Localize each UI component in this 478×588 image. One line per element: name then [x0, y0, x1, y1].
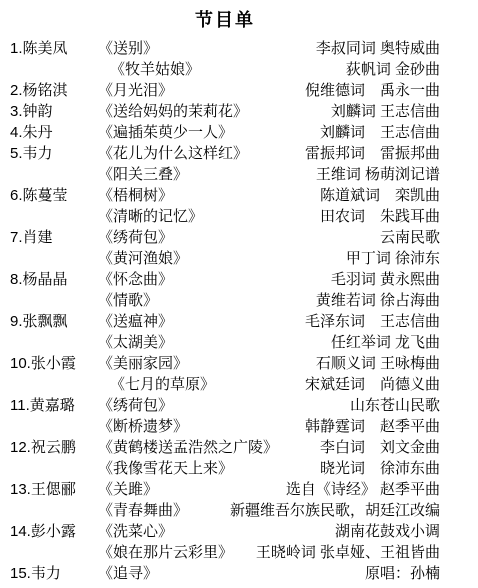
entry-number: 15. [10, 565, 31, 582]
credit-text: 任红举词 龙飞曲 [331, 332, 440, 353]
performer-name: 王偲郦 [31, 481, 76, 498]
credit-text: 刘麟词 王志信曲 [320, 122, 440, 143]
song-title: 《洗菜心》 [98, 521, 173, 542]
entry-number-name [10, 248, 98, 269]
performer-name: 韦力 [31, 565, 61, 582]
song-title: 《绣荷包》 [98, 395, 173, 416]
entry-number-name: 11.黄嘉璐 [10, 395, 98, 416]
program-row: 4.朱丹《遍插茱萸少一人》刘麟词 王志信曲 [10, 122, 440, 143]
song-title: 《送别》 [98, 38, 158, 59]
performer-name: 朱丹 [23, 124, 53, 141]
entry-number-name [10, 290, 98, 311]
program-row: 《黄河渔娘》甲丁词 徐沛东 [10, 248, 440, 269]
credit-text: 荻帆词 金砂曲 [346, 59, 440, 80]
entry-number-name [10, 416, 98, 437]
program-row: 《清晰的记忆》田农词 朱践耳曲 [10, 206, 440, 227]
program-row: 12.祝云鹏《黄鹤楼送孟浩然之广陵》李白词 刘文金曲 [10, 437, 440, 458]
program-page: 节目单 1.陈美凤《送别》李叔同词 奥特威曲《牧羊姑娘》荻帆词 金砂曲2.杨铭淇… [0, 0, 478, 588]
performer-name: 黄嘉璐 [30, 397, 75, 414]
entry-number-name: 12.祝云鹏 [10, 437, 98, 458]
credit-text: 黄维若词 徐占海曲 [316, 290, 440, 311]
song-title: 《美丽家园》 [98, 353, 188, 374]
credit-text: 毛泽东词 王志信曲 [305, 311, 440, 332]
credit-text: 选自《诗经》 赵季平曲 [286, 479, 440, 500]
program-row: 《情歌》黄维若词 徐占海曲 [10, 290, 440, 311]
song-title: 《我像雪花天上来》 [98, 458, 233, 479]
performer-name: 张小霞 [31, 355, 76, 372]
song-title: 《月光泪》 [98, 80, 173, 101]
entry-number-name: 7.肖建 [10, 227, 98, 248]
entry-number: 7. [10, 229, 23, 246]
song-title: 《绣荷包》 [98, 227, 173, 248]
program-row: 2.杨铭淇《月光泪》倪维德词 禹永一曲 [10, 80, 440, 101]
credit-text: 韩静霆词 赵季平曲 [305, 416, 440, 437]
credit-text: 新疆维吾尔族民歌，胡廷江改编 [230, 500, 440, 521]
program-row: 8.杨晶晶《怀念曲》毛羽词 黄永熙曲 [10, 269, 440, 290]
entry-number: 12. [10, 439, 31, 456]
entry-number: 11. [10, 397, 30, 414]
entry-number: 10. [10, 355, 31, 372]
entry-number: 9. [10, 313, 23, 330]
program-row: 《牧羊姑娘》荻帆词 金砂曲 [10, 59, 440, 80]
program-row: 15.韦力《追寻》原唱：孙楠 [10, 563, 440, 584]
entry-number: 3. [10, 103, 23, 120]
entry-number-name: 14.彭小露 [10, 521, 98, 542]
entry-number-name [10, 542, 98, 563]
program-row: 9.张飘飘《送瘟神》毛泽东词 王志信曲 [10, 311, 440, 332]
song-title: 《黄鹤楼送孟浩然之广陵》 [98, 437, 278, 458]
entry-number: 13. [10, 481, 31, 498]
song-title: 《娘在那片云彩里》 [98, 542, 233, 563]
entry-number: 5. [10, 145, 23, 162]
credit-text: 原唱：孙楠 [365, 563, 440, 584]
entry-number-name [10, 374, 98, 395]
credit-text: 李叔同词 奥特威曲 [316, 38, 440, 59]
song-title: 《断桥遗梦》 [98, 416, 188, 437]
song-title: 《怀念曲》 [98, 269, 173, 290]
program-row: 《娘在那片云彩里》王晓岭词 张卓娅、王祖皆曲 [10, 542, 440, 563]
program-row: 《我像雪花天上来》晓光词 徐沛东曲 [10, 458, 440, 479]
credit-text: 宋斌廷词 尚德义曲 [305, 374, 440, 395]
entry-number-name [10, 500, 98, 521]
entry-number-name: 8.杨晶晶 [10, 269, 98, 290]
performer-name: 杨铭淇 [23, 82, 68, 99]
entry-number: 14. [10, 523, 31, 540]
program-row: 《太湖美》任红举词 龙飞曲 [10, 332, 440, 353]
performer-name: 肖建 [23, 229, 53, 246]
entry-number: 8. [10, 271, 23, 288]
credit-text: 王维词 杨萌浏记谱 [316, 164, 440, 185]
program-row: 6.陈蔓莹《梧桐树》陈道斌词 栾凯曲 [10, 185, 440, 206]
entry-number-name [10, 206, 98, 227]
performer-name: 彭小露 [31, 523, 76, 540]
song-title: 《七月的草原》 [98, 374, 215, 395]
credit-text: 陈道斌词 栾凯曲 [320, 185, 440, 206]
song-title: 《遍插茱萸少一人》 [98, 122, 233, 143]
entry-number-name [10, 332, 98, 353]
credit-text: 李白词 刘文金曲 [320, 437, 440, 458]
program-row: 3.钟韵《送给妈妈的茉莉花》刘麟词 王志信曲 [10, 101, 440, 122]
song-title: 《送给妈妈的茉莉花》 [98, 101, 248, 122]
performer-name: 陈美凤 [23, 40, 68, 57]
performer-name: 韦力 [23, 145, 53, 162]
performer-name: 陈蔓莹 [23, 187, 68, 204]
program-row: 《阳关三叠》王维词 杨萌浏记谱 [10, 164, 440, 185]
credit-text: 湖南花鼓戏小调 [335, 521, 440, 542]
entry-number-name: 4.朱丹 [10, 122, 98, 143]
song-title: 《花儿为什么这样红》 [98, 143, 248, 164]
song-title: 《关雎》 [98, 479, 158, 500]
song-title: 《青春舞曲》 [98, 500, 188, 521]
performer-name: 杨晶晶 [23, 271, 68, 288]
page-title: 节目单 [10, 8, 440, 32]
credit-text: 石顺义词 王咏梅曲 [316, 353, 440, 374]
program-row: 10.张小霞《美丽家园》石顺义词 王咏梅曲 [10, 353, 440, 374]
song-title: 《阳关三叠》 [98, 164, 188, 185]
credit-text: 刘麟词 王志信曲 [331, 101, 440, 122]
entry-number-name: 15.韦力 [10, 563, 98, 584]
entry-number-name: 6.陈蔓莹 [10, 185, 98, 206]
credit-text: 倪维德词 禹永一曲 [305, 80, 440, 101]
entry-number: 1. [10, 40, 23, 57]
entry-number-name: 3.钟韵 [10, 101, 98, 122]
program-row: 5.韦力《花儿为什么这样红》雷振邦词 雷振邦曲 [10, 143, 440, 164]
song-title: 《情歌》 [98, 290, 158, 311]
credit-text: 王晓岭词 张卓娅、王祖皆曲 [256, 542, 440, 563]
program-row: 7.肖建《绣荷包》云南民歌 [10, 227, 440, 248]
song-title: 《黄河渔娘》 [98, 248, 188, 269]
entry-number-name: 5.韦力 [10, 143, 98, 164]
program-row: 《七月的草原》宋斌廷词 尚德义曲 [10, 374, 440, 395]
performer-name: 张飘飘 [23, 313, 68, 330]
entry-number: 4. [10, 124, 23, 141]
entry-number: 6. [10, 187, 23, 204]
program-row: 《青春舞曲》新疆维吾尔族民歌，胡廷江改编 [10, 500, 440, 521]
credit-text: 田农词 朱践耳曲 [320, 206, 440, 227]
program-row: 13.王偲郦《关雎》选自《诗经》 赵季平曲 [10, 479, 440, 500]
program-row: 1.陈美凤《送别》李叔同词 奥特威曲 [10, 38, 440, 59]
entry-number-name [10, 164, 98, 185]
song-title: 《清晰的记忆》 [98, 206, 203, 227]
credit-text: 云南民歌 [380, 227, 440, 248]
entry-number-name: 9.张飘飘 [10, 311, 98, 332]
credit-text: 雷振邦词 雷振邦曲 [305, 143, 440, 164]
entry-number: 2. [10, 82, 23, 99]
credit-text: 晓光词 徐沛东曲 [320, 458, 440, 479]
program-row: 《断桥遗梦》韩静霆词 赵季平曲 [10, 416, 440, 437]
song-title: 《追寻》 [98, 563, 158, 584]
entry-number-name: 10.张小霞 [10, 353, 98, 374]
song-title: 《梧桐树》 [98, 185, 173, 206]
program-row: 14.彭小露《洗菜心》湖南花鼓戏小调 [10, 521, 440, 542]
program-row: 11.黄嘉璐《绣荷包》山东苍山民歌 [10, 395, 440, 416]
entry-number-name: 1.陈美凤 [10, 38, 98, 59]
entry-number-name [10, 59, 98, 80]
song-title: 《牧羊姑娘》 [98, 59, 200, 80]
performer-name: 钟韵 [23, 103, 53, 120]
program-list: 1.陈美凤《送别》李叔同词 奥特威曲《牧羊姑娘》荻帆词 金砂曲2.杨铭淇《月光泪… [10, 38, 440, 584]
song-title: 《送瘟神》 [98, 311, 173, 332]
credit-text: 毛羽词 黄永熙曲 [331, 269, 440, 290]
song-title: 《太湖美》 [98, 332, 173, 353]
credit-text: 甲丁词 徐沛东 [346, 248, 440, 269]
entry-number-name: 13.王偲郦 [10, 479, 98, 500]
entry-number-name [10, 458, 98, 479]
entry-number-name: 2.杨铭淇 [10, 80, 98, 101]
performer-name: 祝云鹏 [31, 439, 76, 456]
credit-text: 山东苍山民歌 [350, 395, 440, 416]
